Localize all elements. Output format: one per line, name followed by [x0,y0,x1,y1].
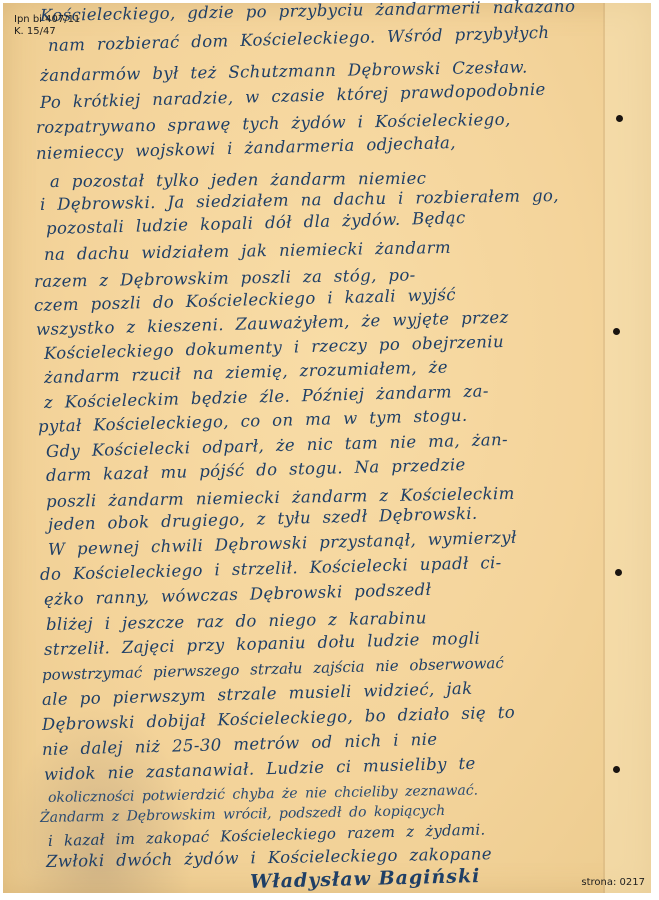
text-line: widok nie zastanawiał. Ludzie ci musieli… [44,754,476,784]
archive-folio: K. 15/47 [14,26,80,38]
archive-signature: Ipn bi 407/11 [14,14,80,26]
text-line: a pozostał tylko jeden żandarm niemiec [50,169,427,191]
text-line: strzelił. Zajęci przy kopaniu dołu ludzi… [44,629,481,659]
text-line: nam rozbierać dom Kościeleckiego. Wśród … [48,23,550,55]
page-number: strona: 0217 [581,877,645,888]
text-line: bliżej i jeszcze raz do niego z karabinu [46,608,427,634]
text-line: Dębrowski dobijał Kościeleckiego, bo dzi… [42,703,516,734]
text-line: Po krótkiej naradzie, w czasie której pr… [40,80,546,112]
text-line: Kościeleckiego, gdzie po przybyciu żanda… [40,0,576,25]
text-line: żandarm rzucił na ziemię, zrozumiałem, ż… [44,357,448,387]
text-line: żandarmów był też Schutzmann Dębrowski C… [40,57,528,85]
text-line: darm kazał mu pójść do stogu. Na przedzi… [46,455,466,485]
text-line: na dachu widziałem jak niemiecki żandarm [44,238,451,264]
author-signature: Władysław Bagiński [250,865,481,893]
archive-reference: Ipn bi 407/11 K. 15/47 [14,14,80,38]
text-line: ężko ranny, wówczas Dębrowski podszedł [44,580,432,609]
text-line: niemieccy wojskowi i żandarmeria odjecha… [36,133,456,163]
text-line: nie dalej niż 25-30 metrów od nich i nie [42,730,438,759]
handwritten-text: Kościeleckiego, gdzie po przybyciu żanda… [0,0,659,900]
text-line: do Kościeleckiego i strzelił. Kościeleck… [40,553,502,584]
